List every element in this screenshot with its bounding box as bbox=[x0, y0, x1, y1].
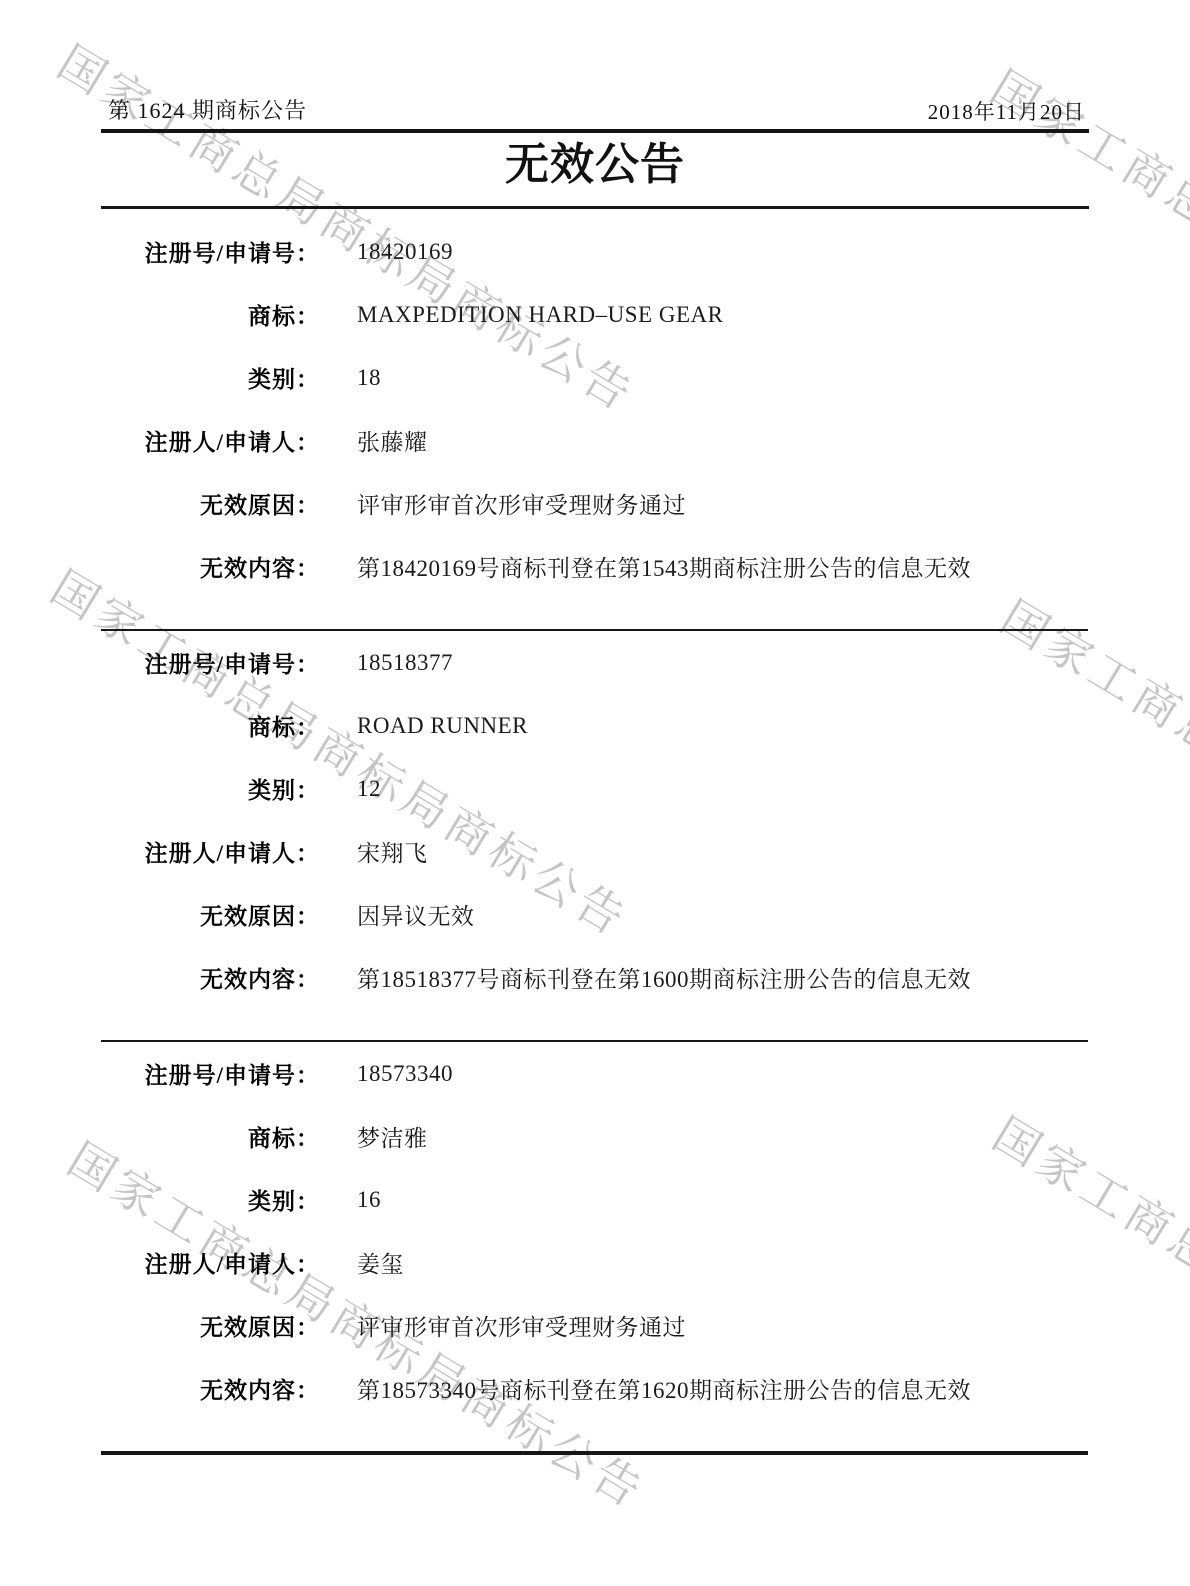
records-list: 注册号/申请号： 18420169 商标： MAXPEDITION HARD–U… bbox=[0, 220, 1190, 1455]
record-field-row: 类别： 18 bbox=[0, 346, 1190, 409]
field-value: 评审形审首次形审受理财务通过 bbox=[357, 1309, 686, 1342]
record-field-row: 注册人/申请人： 宋翔飞 bbox=[0, 820, 1190, 883]
field-label: 注册号/申请号： bbox=[0, 646, 320, 679]
field-label: 无效原因： bbox=[0, 898, 320, 931]
field-value: 评审形审首次形审受理财务通过 bbox=[357, 487, 686, 520]
record-field-row: 类别： 16 bbox=[0, 1168, 1190, 1231]
title-rule bbox=[101, 206, 1089, 209]
record-field-row: 注册号/申请号： 18420169 bbox=[0, 220, 1190, 283]
record-1: 注册号/申请号： 18420169 商标： MAXPEDITION HARD–U… bbox=[0, 220, 1190, 598]
field-value: ROAD RUNNER bbox=[357, 713, 528, 739]
field-value: 12 bbox=[357, 776, 381, 802]
record-field-row: 商标： 梦洁雅 bbox=[0, 1105, 1190, 1168]
field-label: 无效原因： bbox=[0, 487, 320, 520]
field-label: 类别： bbox=[0, 772, 320, 805]
record-field-row: 无效内容： 第18420169号商标刊登在第1543期商标注册公告的信息无效 bbox=[0, 535, 1190, 598]
bottom-rule bbox=[101, 1451, 1088, 1455]
header-rule bbox=[101, 129, 1089, 133]
field-label: 无效原因： bbox=[0, 1309, 320, 1342]
record-field-row: 无效原因： 因异议无效 bbox=[0, 883, 1190, 946]
record-field-row: 无效原因： 评审形审首次形审受理财务通过 bbox=[0, 472, 1190, 535]
field-label: 注册人/申请人： bbox=[0, 835, 320, 868]
field-value: 梦洁雅 bbox=[357, 1120, 428, 1153]
record-field-row: 注册号/申请号： 18518377 bbox=[0, 631, 1190, 694]
gazette-page: 国家工商总局商标局商标公告 国家工商总局商标局商标公告 国家工商总局商标局商标公… bbox=[0, 0, 1190, 1586]
record-field-row: 无效内容： 第18573340号商标刊登在第1620期商标注册公告的信息无效 bbox=[0, 1357, 1190, 1420]
field-value: 第18573340号商标刊登在第1620期商标注册公告的信息无效 bbox=[357, 1372, 971, 1405]
field-label: 无效内容： bbox=[0, 1372, 320, 1405]
record-2: 注册号/申请号： 18518377 商标： ROAD RUNNER 类别： 12… bbox=[0, 631, 1190, 1009]
field-value: 张藤耀 bbox=[357, 424, 428, 457]
record-3: 注册号/申请号： 18573340 商标： 梦洁雅 类别： 16 注册人/申请人… bbox=[0, 1042, 1190, 1420]
record-field-row: 无效原因： 评审形审首次形审受理财务通过 bbox=[0, 1294, 1190, 1357]
field-value: 18518377 bbox=[357, 650, 453, 676]
record-field-row: 商标： ROAD RUNNER bbox=[0, 694, 1190, 757]
field-label: 商标： bbox=[0, 1120, 320, 1153]
gazette-issue-label: 第 1624 期商标公告 bbox=[108, 94, 307, 125]
field-label: 注册人/申请人： bbox=[0, 1246, 320, 1279]
field-label: 注册号/申请号： bbox=[0, 235, 320, 268]
field-value: 第18420169号商标刊登在第1543期商标注册公告的信息无效 bbox=[357, 550, 971, 583]
record-field-row: 无效内容： 第18518377号商标刊登在第1600期商标注册公告的信息无效 bbox=[0, 946, 1190, 1009]
field-value: 18420169 bbox=[357, 239, 453, 265]
page-title: 无效公告 bbox=[0, 142, 1190, 188]
field-value: 因异议无效 bbox=[357, 898, 475, 931]
field-label: 注册号/申请号： bbox=[0, 1057, 320, 1090]
field-label: 商标： bbox=[0, 298, 320, 331]
field-value: MAXPEDITION HARD–USE GEAR bbox=[357, 302, 723, 328]
record-field-row: 注册人/申请人： 姜玺 bbox=[0, 1231, 1190, 1294]
record-field-row: 注册号/申请号： 18573340 bbox=[0, 1042, 1190, 1105]
field-value: 宋翔飞 bbox=[357, 835, 428, 868]
field-label: 无效内容： bbox=[0, 961, 320, 994]
field-value: 姜玺 bbox=[357, 1246, 404, 1279]
field-value: 18573340 bbox=[357, 1061, 453, 1087]
record-field-row: 类别： 12 bbox=[0, 757, 1190, 820]
field-value: 18 bbox=[357, 365, 381, 391]
record-field-row: 商标： MAXPEDITION HARD–USE GEAR bbox=[0, 283, 1190, 346]
field-label: 无效内容： bbox=[0, 550, 320, 583]
field-label: 类别： bbox=[0, 361, 320, 394]
field-value: 第18518377号商标刊登在第1600期商标注册公告的信息无效 bbox=[357, 961, 971, 994]
field-label: 商标： bbox=[0, 709, 320, 742]
gazette-date: 2018年11月20日 bbox=[928, 96, 1085, 126]
field-value: 16 bbox=[357, 1187, 381, 1213]
record-field-row: 注册人/申请人： 张藤耀 bbox=[0, 409, 1190, 472]
field-label: 类别： bbox=[0, 1183, 320, 1216]
field-label: 注册人/申请人： bbox=[0, 424, 320, 457]
